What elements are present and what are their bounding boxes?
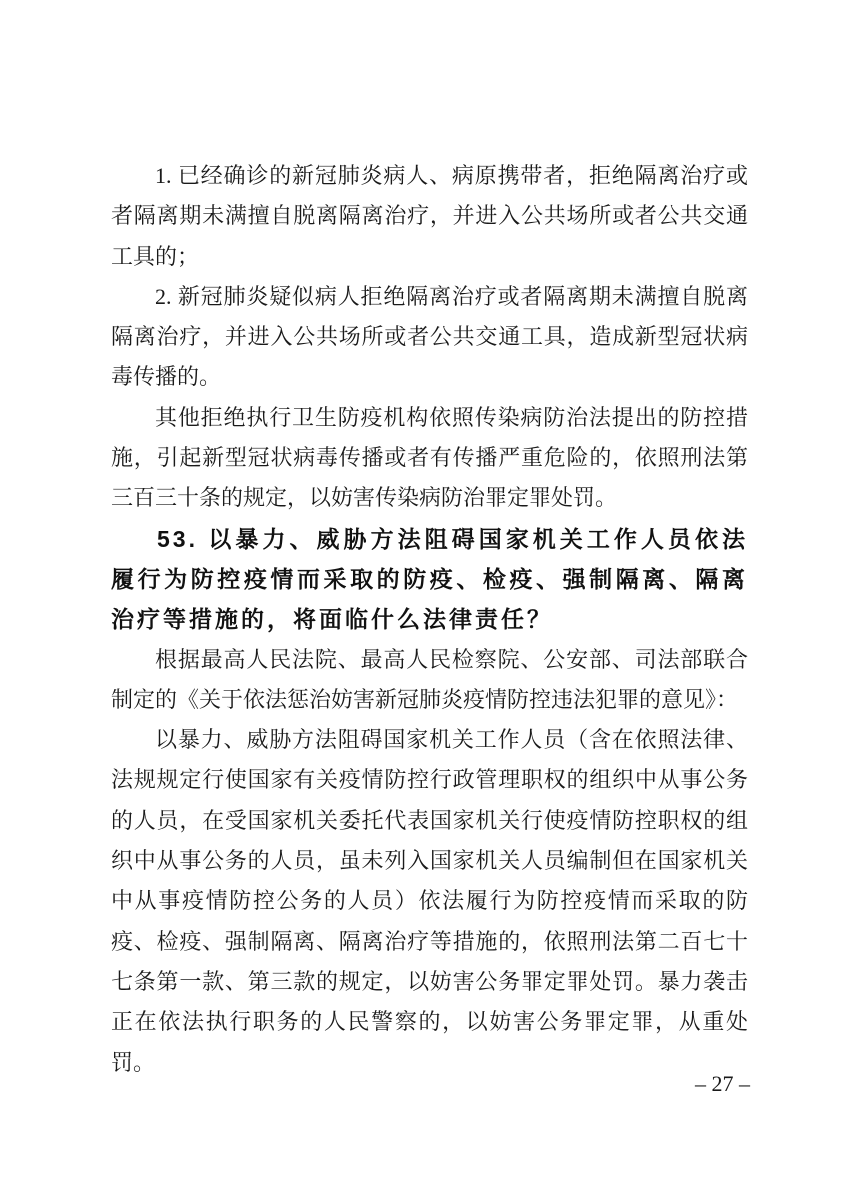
- text-block: 1. 已经确诊的新冠肺炎病人、病原携带者，拒绝隔离治疗或者隔离期未满擅自脱离隔离…: [111, 156, 748, 1083]
- paragraph-answer-detail: 以暴力、威胁方法阻碍国家机关工作人员（含在依照法律、法规规定行使国家有关疫情防控…: [111, 720, 748, 1083]
- numbered-item-1: 1. 已经确诊的新冠肺炎病人、病原携带者，拒绝隔离治疗或者隔离期未满擅自脱离隔离…: [111, 156, 748, 277]
- page-number: – 27 –: [695, 1071, 750, 1096]
- page-footer: – 27 –: [111, 1072, 750, 1096]
- question-53-heading: 53. 以暴力、威胁方法阻碍国家机关工作人员依法履行为防控疫情而采取的防疫、检疫…: [111, 519, 748, 640]
- paragraph-other-refusal-clause: 其他拒绝执行卫生防疫机构依照传染病防治法提出的防控措施，引起新型冠状病毒传播或者…: [111, 398, 748, 519]
- document-page: 1. 已经确诊的新冠肺炎病人、病原携带者，拒绝隔离治疗或者隔离期未满擅自脱离隔离…: [0, 0, 850, 1203]
- numbered-item-2: 2. 新冠肺炎疑似病人拒绝隔离治疗或者隔离期未满擅自脱离隔离治疗，并进入公共场所…: [111, 277, 748, 398]
- paragraph-legal-basis: 根据最高人民法院、最高人民检察院、公安部、司法部联合制定的《关于依法惩治妨害新冠…: [111, 640, 748, 721]
